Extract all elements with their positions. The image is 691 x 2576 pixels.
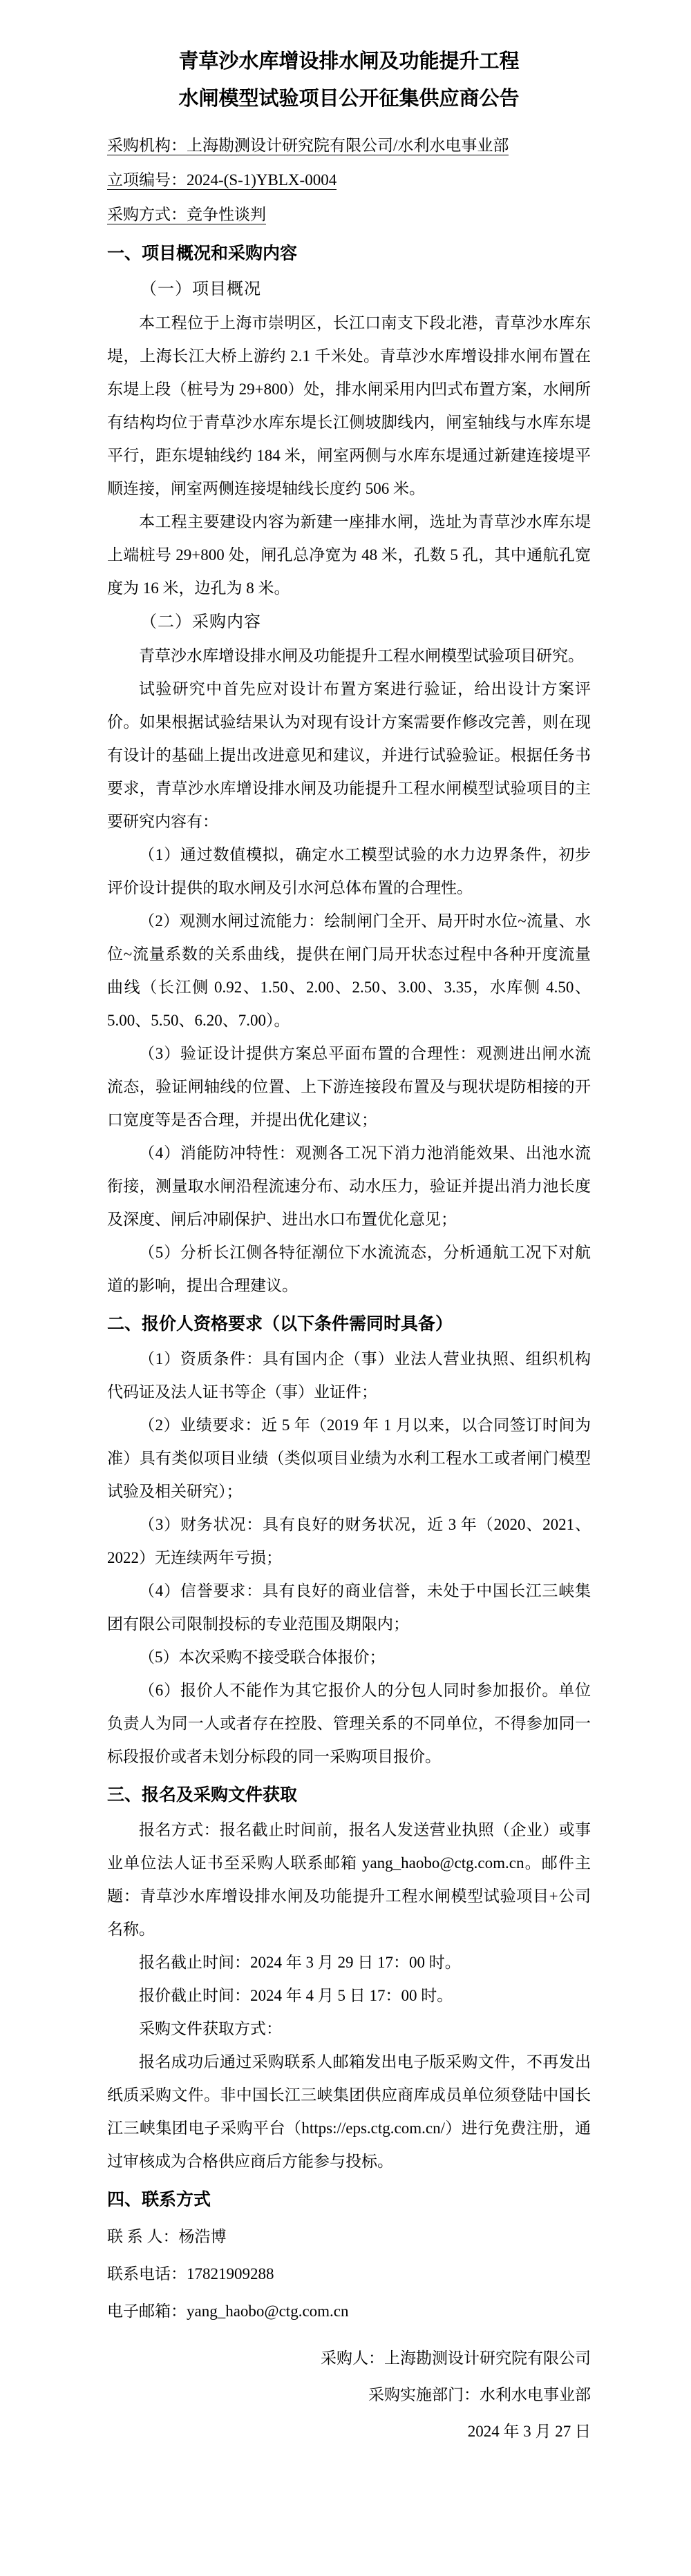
section-3-signup-deadline: 报名截止时间：2024 年 3 月 29 日 17：00 时。 xyxy=(107,1946,591,1979)
contact-phone: 联系电话：17821909288 xyxy=(107,2256,591,2293)
section-1-item-3: （3）验证设计提供方案总平面布置的合理性：观测进出闸水流流态，验证闸轴线的位置、… xyxy=(107,1037,591,1137)
purchaser-line: 采购人：上海勘测设计研究院有限公司 xyxy=(107,2340,591,2376)
meta-block: 采购机构：上海勘测设计研究院有限公司/水利水电事业部 立项编号：2024-(S-… xyxy=(107,128,591,232)
section-1-item-4: （4）消能防冲特性：观测各工况下消力池消能效果、出池水流衔接，测量取水闸沿程流速… xyxy=(107,1137,591,1236)
section-2: 二、报价人资格要求（以下条件需同时具备） （1）资质条件：具有国内企（事）业法人… xyxy=(107,1307,591,1774)
date-line: 2024 年 3 月 27 日 xyxy=(107,2413,591,2450)
section-2-item-2: （2）业绩要求：近 5 年（2019 年 1 月以来，以合同签订时间为准）具有类… xyxy=(107,1409,591,1508)
department-line: 采购实施部门：水利水电事业部 xyxy=(107,2376,591,2413)
section-1-paragraph-2: 本工程主要建设内容为新建一座排水闸，选址为青草沙水库东堤上端桩号 29+800 … xyxy=(107,506,591,605)
section-1-sub-heading-1: （一）项目概况 xyxy=(107,272,591,307)
meta-project-no-line: 立项编号：2024-(S-1)YBLX-0004 xyxy=(107,163,591,198)
section-1-item-1: （1）通过数值模拟，确定水工模型试验的水力边界条件，初步评价设计提供的取水闸及引… xyxy=(107,838,591,905)
meta-agency: 采购机构：上海勘测设计研究院有限公司/水利水电事业部 xyxy=(107,137,509,155)
meta-method: 采购方式：竞争性谈判 xyxy=(107,206,266,224)
section-1: 一、项目概况和采购内容 （一）项目概况 本工程位于上海市崇明区，长江口南支下段北… xyxy=(107,236,591,1303)
meta-agency-line: 采购机构：上海勘测设计研究院有限公司/水利水电事业部 xyxy=(107,128,591,163)
doc-title-line-1: 青草沙水库增设排水闸及功能提升工程 xyxy=(107,43,591,80)
section-2-item-1: （1）资质条件：具有国内企（事）业法人营业执照、组织机构代码证及法人证书等企（事… xyxy=(107,1343,591,1409)
section-1-item-2: （2）观测水闸过流能力：绘制闸门全开、局开时水位~流量、水位~流量系数的关系曲线… xyxy=(107,905,591,1037)
section-2-heading: 二、报价人资格要求（以下条件需同时具备） xyxy=(107,1307,591,1341)
contact-email: 电子邮箱：yang_haobo@ctg.com.cn xyxy=(107,2293,591,2330)
section-2-item-4: （4）信誉要求：具有良好的商业信誉，未处于中国长江三峡集团有限公司限制投标的专业… xyxy=(107,1575,591,1641)
section-1-sub-heading-2: （二）采购内容 xyxy=(107,605,591,640)
meta-project-no: 立项编号：2024-(S-1)YBLX-0004 xyxy=(107,171,337,190)
section-1-item-5: （5）分析长江侧各特征潮位下水流流态，分析通航工况下对航道的影响，提出合理建议。 xyxy=(107,1236,591,1303)
section-1-heading: 一、项目概况和采购内容 xyxy=(107,236,591,271)
section-3-doc-access-label: 采购文件获取方式： xyxy=(107,2012,591,2046)
section-2-item-3: （3）财务状况：具有良好的财务状况，近 3 年（2020、2021、2022）无… xyxy=(107,1508,591,1575)
signature-block: 采购人：上海勘测设计研究院有限公司 采购实施部门：水利水电事业部 2024 年 … xyxy=(107,2340,591,2450)
section-3-heading: 三、报名及采购文件获取 xyxy=(107,1778,591,1812)
doc-title-line-2: 水闸模型试验项目公开征集供应商公告 xyxy=(107,80,591,117)
section-3-paragraph-2: 报名成功后通过采购联系人邮箱发出电子版采购文件，不再发出纸质采购文件。非中国长江… xyxy=(107,2046,591,2178)
section-1-paragraph-4: 试验研究中首先应对设计布置方案进行验证，给出设计方案评价。如果根据试验结果认为对… xyxy=(107,673,591,838)
section-4-heading: 四、联系方式 xyxy=(107,2182,591,2217)
meta-method-line: 采购方式：竞争性谈判 xyxy=(107,198,591,232)
section-4: 四、联系方式 联 系 人：杨浩博 联系电话：17821909288 电子邮箱：y… xyxy=(107,2182,591,2450)
section-2-item-5: （5）本次采购不接受联合体报价； xyxy=(107,1641,591,1674)
section-1-paragraph-1: 本工程位于上海市崇明区，长江口南支下段北港，青草沙水库东堤，上海长江大桥上游约 … xyxy=(107,307,591,506)
section-1-paragraph-3: 青草沙水库增设排水闸及功能提升工程水闸模型试验项目研究。 xyxy=(107,640,591,673)
section-3-paragraph-1: 报名方式：报名截止时间前，报名人发送营业执照（企业）或事业单位法人证书至采购人联… xyxy=(107,1814,591,1946)
section-3-quote-deadline: 报价截止时间：2024 年 4 月 5 日 17：00 时。 xyxy=(107,1979,591,2012)
section-2-item-6: （6）报价人不能作为其它报价人的分包人同时参加报价。单位负责人为同一人或者存在控… xyxy=(107,1674,591,1774)
section-3: 三、报名及采购文件获取 报名方式：报名截止时间前，报名人发送营业执照（企业）或事… xyxy=(107,1778,591,2178)
announcement-document: 青草沙水库增设排水闸及功能提升工程 水闸模型试验项目公开征集供应商公告 采购机构… xyxy=(0,0,691,2576)
contact-person: 联 系 人：杨浩博 xyxy=(107,2218,591,2256)
